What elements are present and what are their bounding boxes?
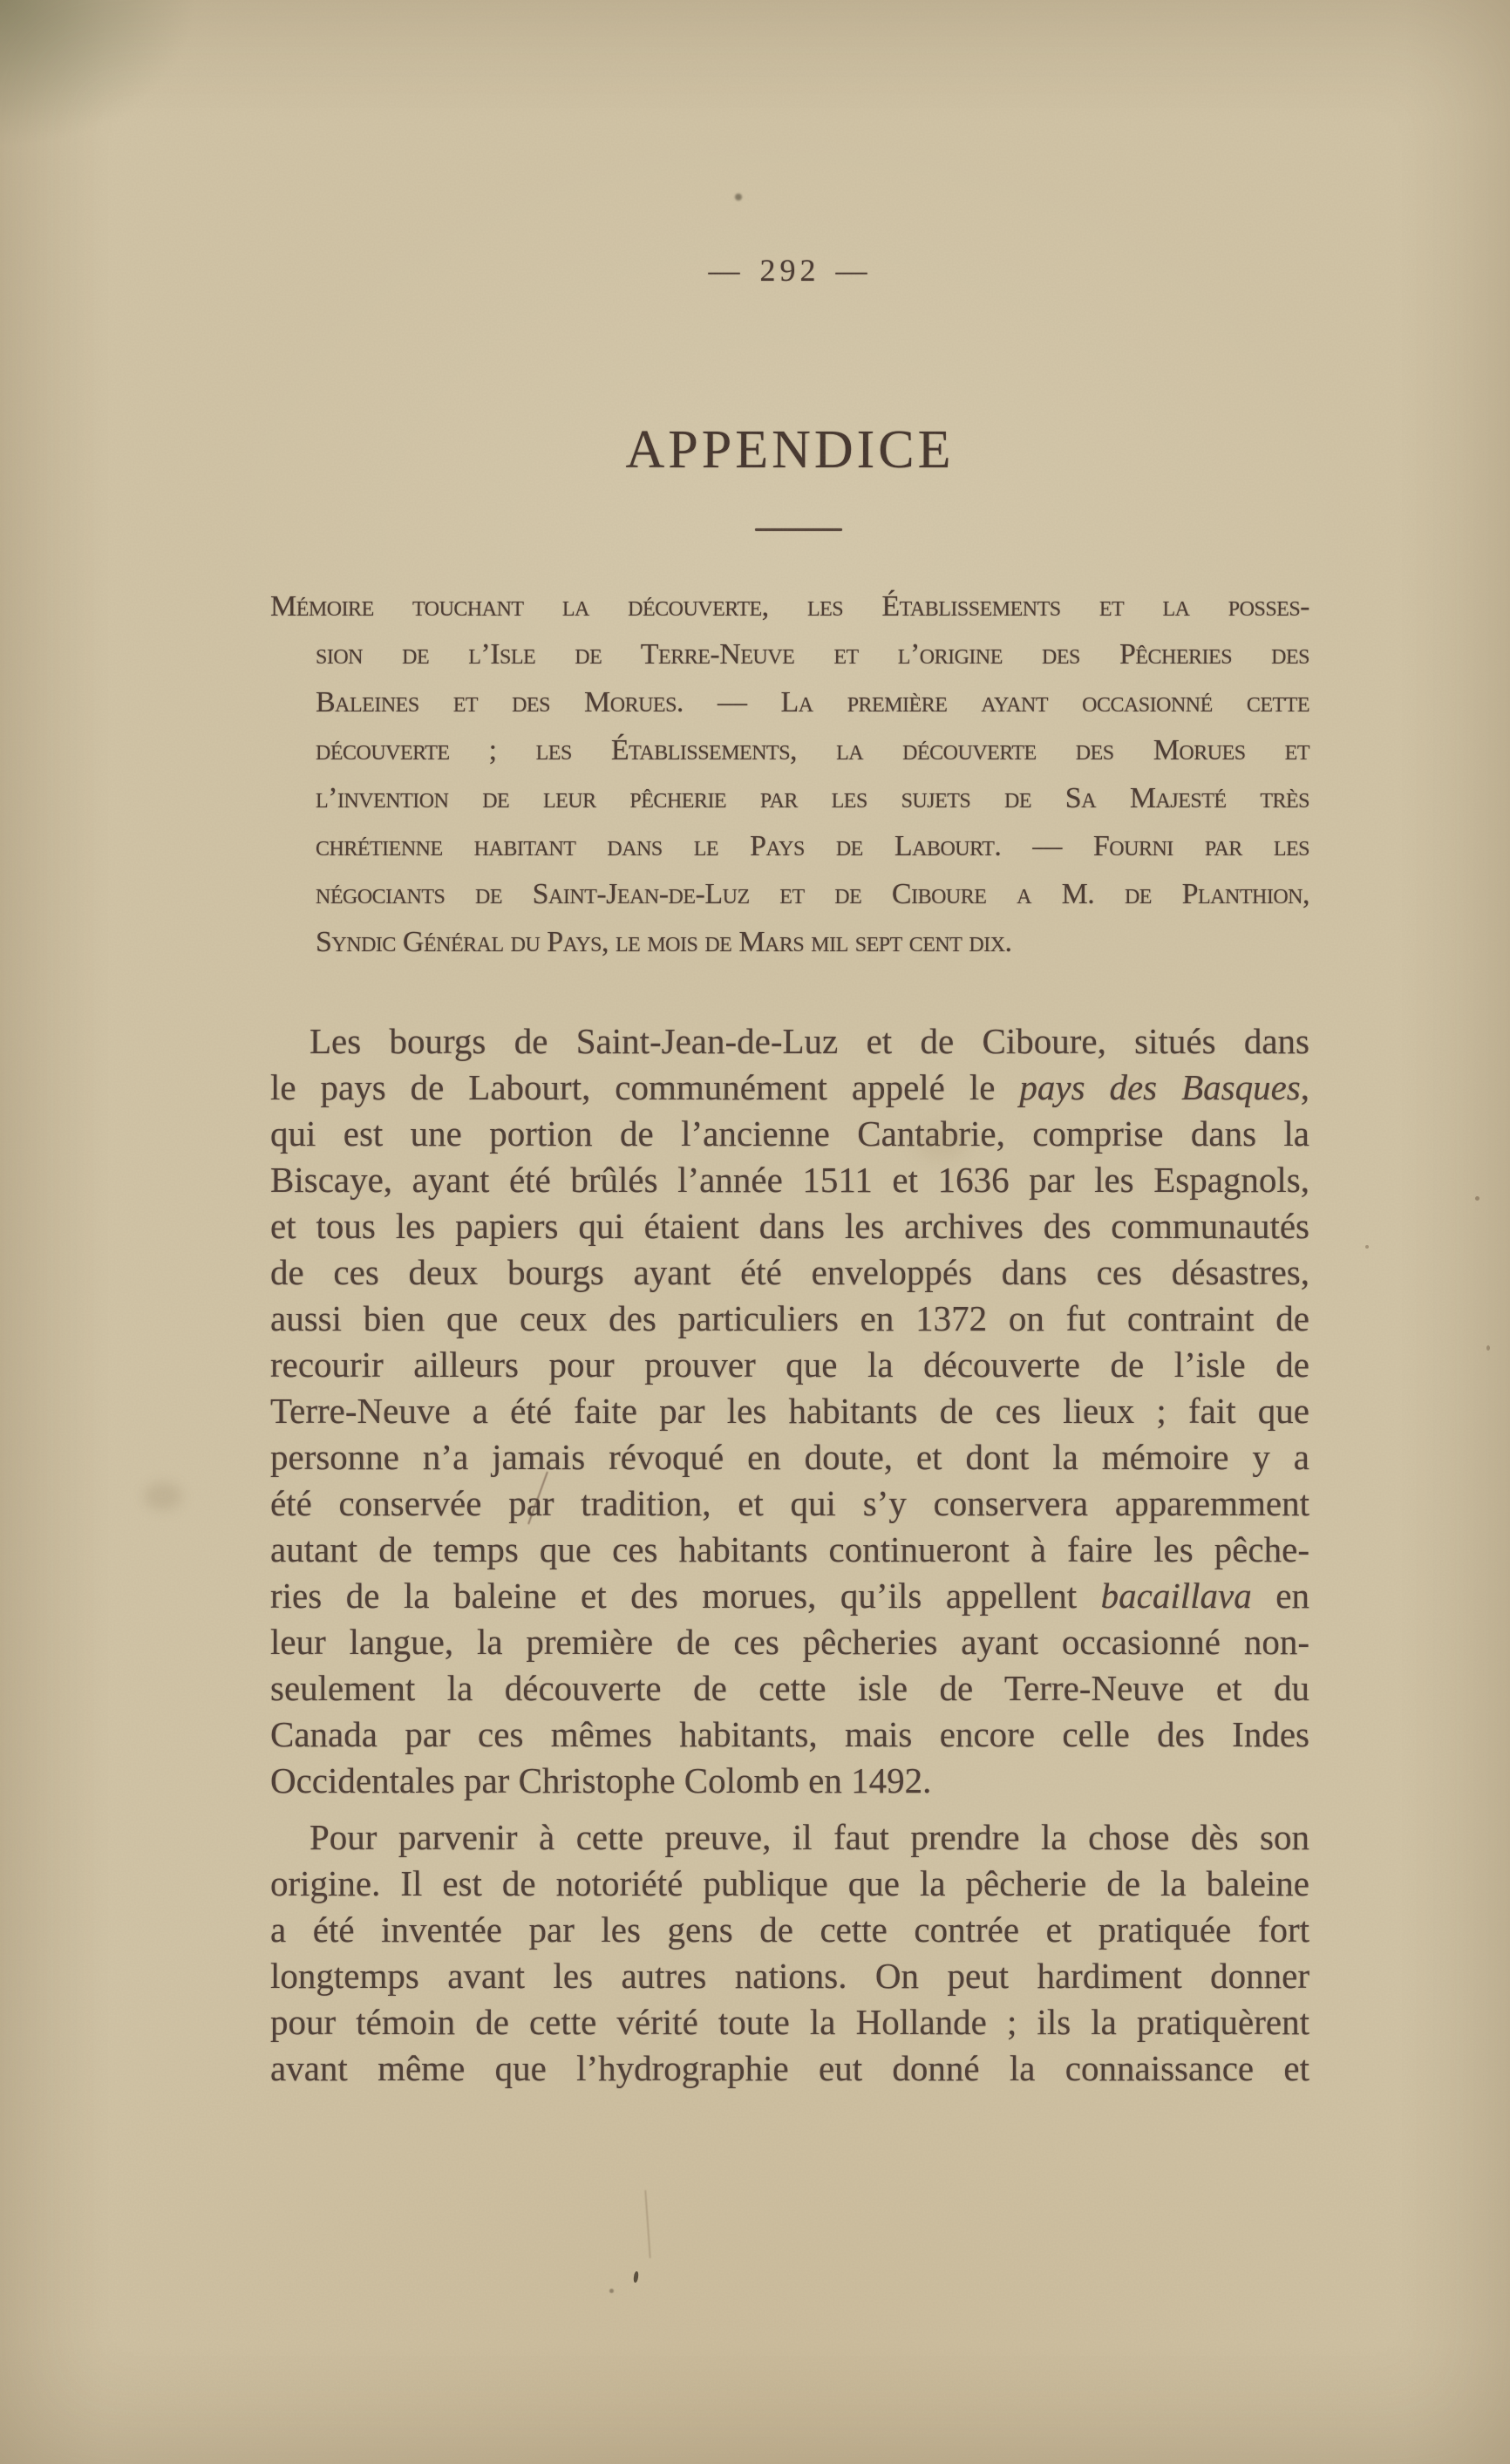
paper-speck: [1486, 1345, 1490, 1351]
text-line: Biscaye, ayant été brûlés l’année 1511 e…: [270, 1157, 1309, 1203]
text-line: Syndic Général du Pays, le mois de Mars …: [270, 918, 1309, 966]
text-line: de ces deux bourgs ayant été enveloppés …: [270, 1249, 1309, 1296]
paragraph-2: Pour parvenir à cette preuve, il faut pr…: [270, 1814, 1309, 2092]
ink-speck: [609, 2289, 614, 2293]
text-line: ries de la baleine et des morues, qu’ils…: [270, 1573, 1309, 1619]
text-line: pour témoin de cette vérité toute la Hol…: [270, 1999, 1309, 2045]
text-line: Baleines et des Morues. — La première ay…: [270, 678, 1309, 726]
text-line: Canada par ces mêmes habitants, mais enc…: [270, 1712, 1309, 1758]
text-line: été conservée par tradition, et qui s’y …: [270, 1480, 1309, 1527]
paper-speck: [1475, 1196, 1479, 1201]
text-line: leur langue, la première de ces pêcherie…: [270, 1619, 1309, 1665]
text-line: qui est une portion de l’ancienne Cantab…: [270, 1111, 1309, 1157]
text-line: l’invention de leur pêcherie par les suj…: [270, 774, 1309, 822]
text-line: Les bourgs de Saint-Jean-de-Luz et de Ci…: [270, 1018, 1309, 1065]
paper-speck: [1365, 1245, 1369, 1249]
text-line: Pour parvenir à cette preuve, il faut pr…: [270, 1814, 1309, 1861]
body-text: Les bourgs de Saint-Jean-de-Luz et de Ci…: [270, 1018, 1309, 2092]
text-line: origine. Il est de notoriété publique qu…: [270, 1861, 1309, 1907]
paper-smudge: [144, 1482, 182, 1510]
text-line: longtemps avant les autres nations. On p…: [270, 1953, 1309, 1999]
text-line: découverte ; les Établissements, la déco…: [270, 726, 1309, 774]
page-title: APPENDICE: [270, 423, 1309, 477]
ink-speck: [633, 2271, 639, 2284]
text-line: le pays de Labourt, communément appelé l…: [270, 1065, 1309, 1111]
text-line: et tous les papiers qui étaient dans les…: [270, 1203, 1309, 1249]
text-line: Occidentales par Christophe Colomb en 14…: [270, 1758, 1309, 1804]
book-page-scan: — 292 — APPENDICE Mémoire touchant la dé…: [0, 0, 1510, 2464]
text-line: recourir ailleurs pour prouver que la dé…: [270, 1342, 1309, 1388]
paragraph-1: Les bourgs de Saint-Jean-de-Luz et de Ci…: [270, 1018, 1309, 1804]
text-line: a été inventée par les gens de cette con…: [270, 1907, 1309, 1953]
section-divider: [755, 528, 842, 531]
text-line: autant de temps que ces habitants contin…: [270, 1527, 1309, 1573]
text-line: aussi bien que ceux des particuliers en …: [270, 1296, 1309, 1342]
text-line: négociants de Saint-Jean-de-Luz et de Ci…: [270, 870, 1309, 918]
text-line: chrétienne habitant dans le Pays de Labo…: [270, 822, 1309, 870]
text-line: sion de l’Isle de Terre-Neuve et l’origi…: [270, 630, 1309, 678]
page-number: — 292 —: [270, 255, 1309, 286]
text-line: avant même que l’hydrographie eut donné …: [270, 2045, 1309, 2092]
memoir-heading: Mémoire touchant la découverte, les Étab…: [270, 582, 1309, 966]
text-line: Terre-Neuve a été faite par les habitant…: [270, 1388, 1309, 1434]
paper-scratch: [644, 2190, 650, 2258]
ink-speck: [735, 194, 742, 201]
text-line: personne n’a jamais révoqué en doute, et…: [270, 1434, 1309, 1480]
text-line: seulement la découverte de cette isle de…: [270, 1665, 1309, 1712]
text-line: Mémoire touchant la découverte, les Étab…: [270, 582, 1309, 630]
